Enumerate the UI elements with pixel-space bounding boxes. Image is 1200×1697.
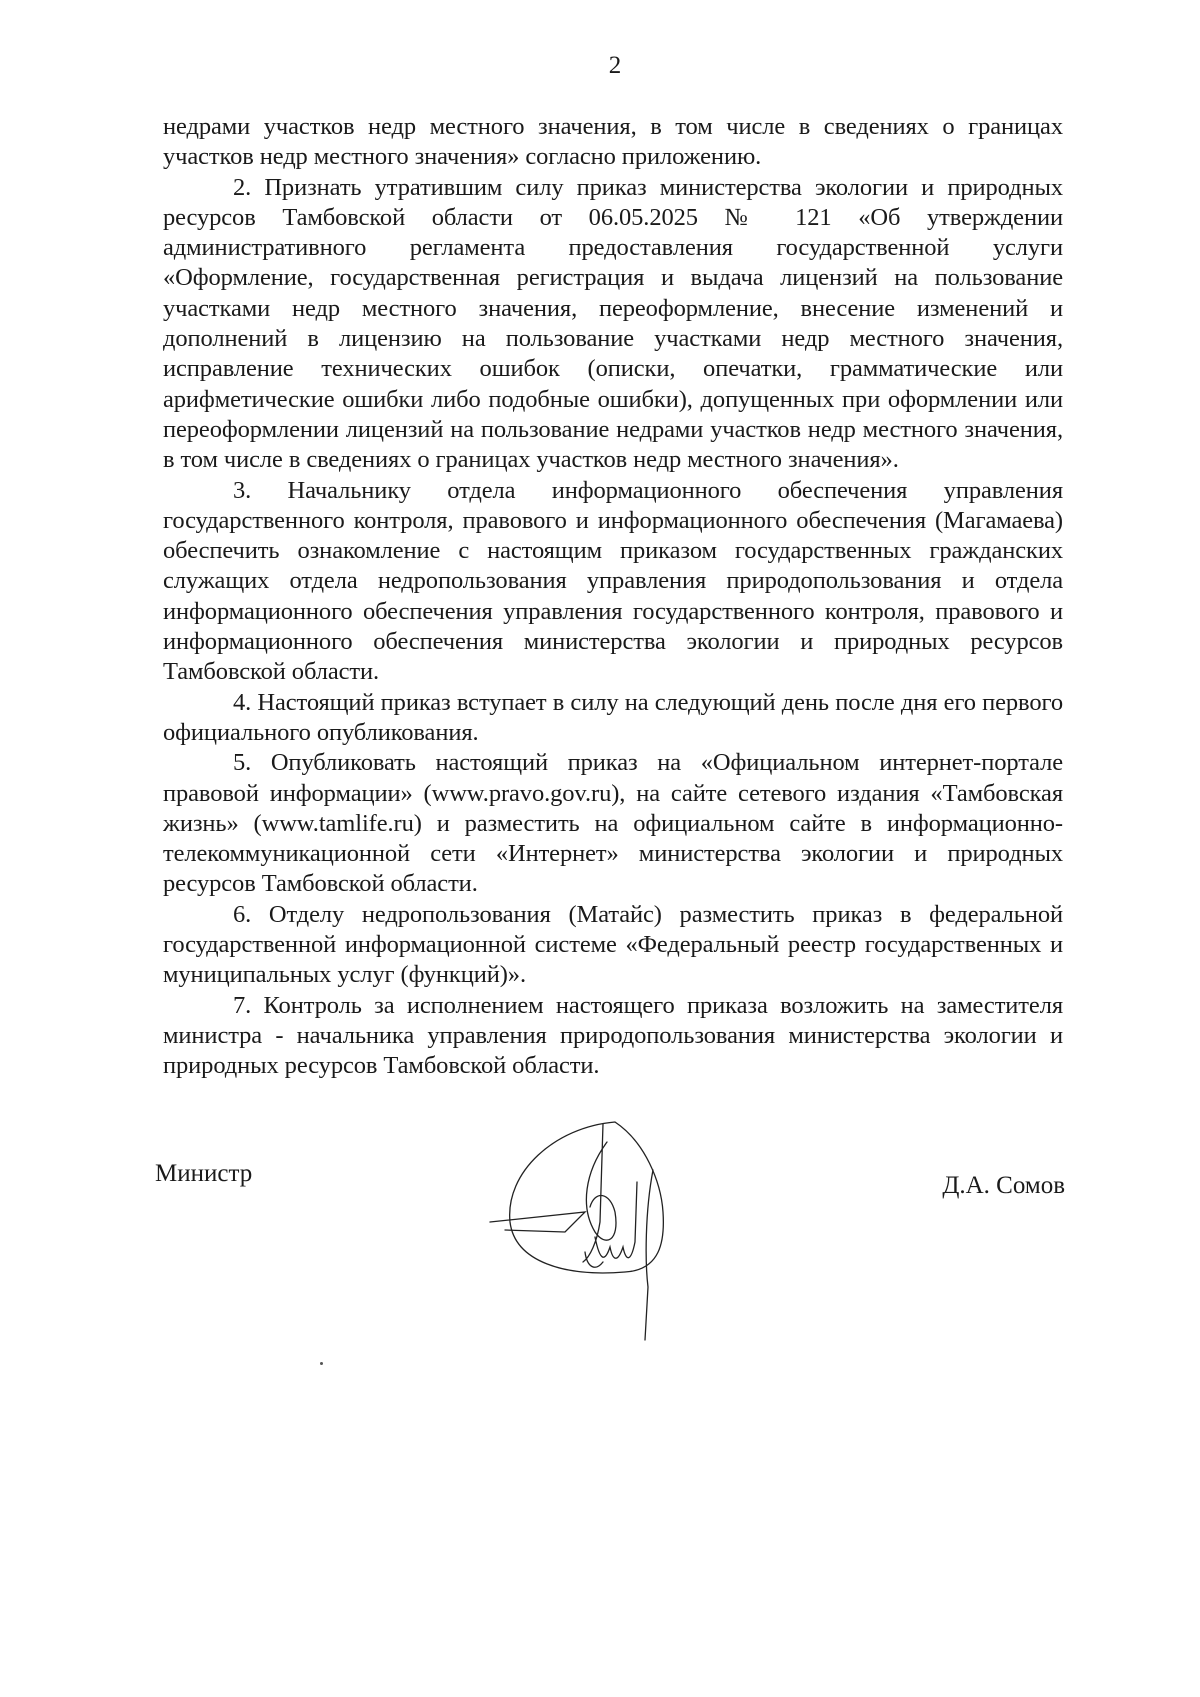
paragraph-item-3: 3. Начальнику отдела информационного обе… xyxy=(163,476,1063,688)
handwritten-signature xyxy=(485,1112,725,1342)
paragraph-item-4: 4. Настоящий приказ вступает в силу на с… xyxy=(163,688,1063,749)
paragraph-item-2: 2. Признать утратившим силу приказ минис… xyxy=(163,173,1063,476)
signatory-title: Министр xyxy=(155,1160,252,1188)
document-body: недрами участков недр местного значения,… xyxy=(163,112,1063,1082)
page-number: 2 xyxy=(0,52,1200,80)
paragraph-item-6: 6. Отделу недропользования (Матайс) разм… xyxy=(163,900,1063,991)
scan-speck xyxy=(320,1362,323,1365)
signatory-name: Д.А. Сомов xyxy=(942,1172,1065,1200)
paragraph-item-7: 7. Контроль за исполнением настоящего пр… xyxy=(163,991,1063,1082)
paragraph-item-5: 5. Опубликовать настоящий приказ на «Офи… xyxy=(163,748,1063,899)
paragraph-continuation: недрами участков недр местного значения,… xyxy=(163,112,1063,173)
signature-block: Министр Д.А. Сомов xyxy=(155,1160,1065,1360)
